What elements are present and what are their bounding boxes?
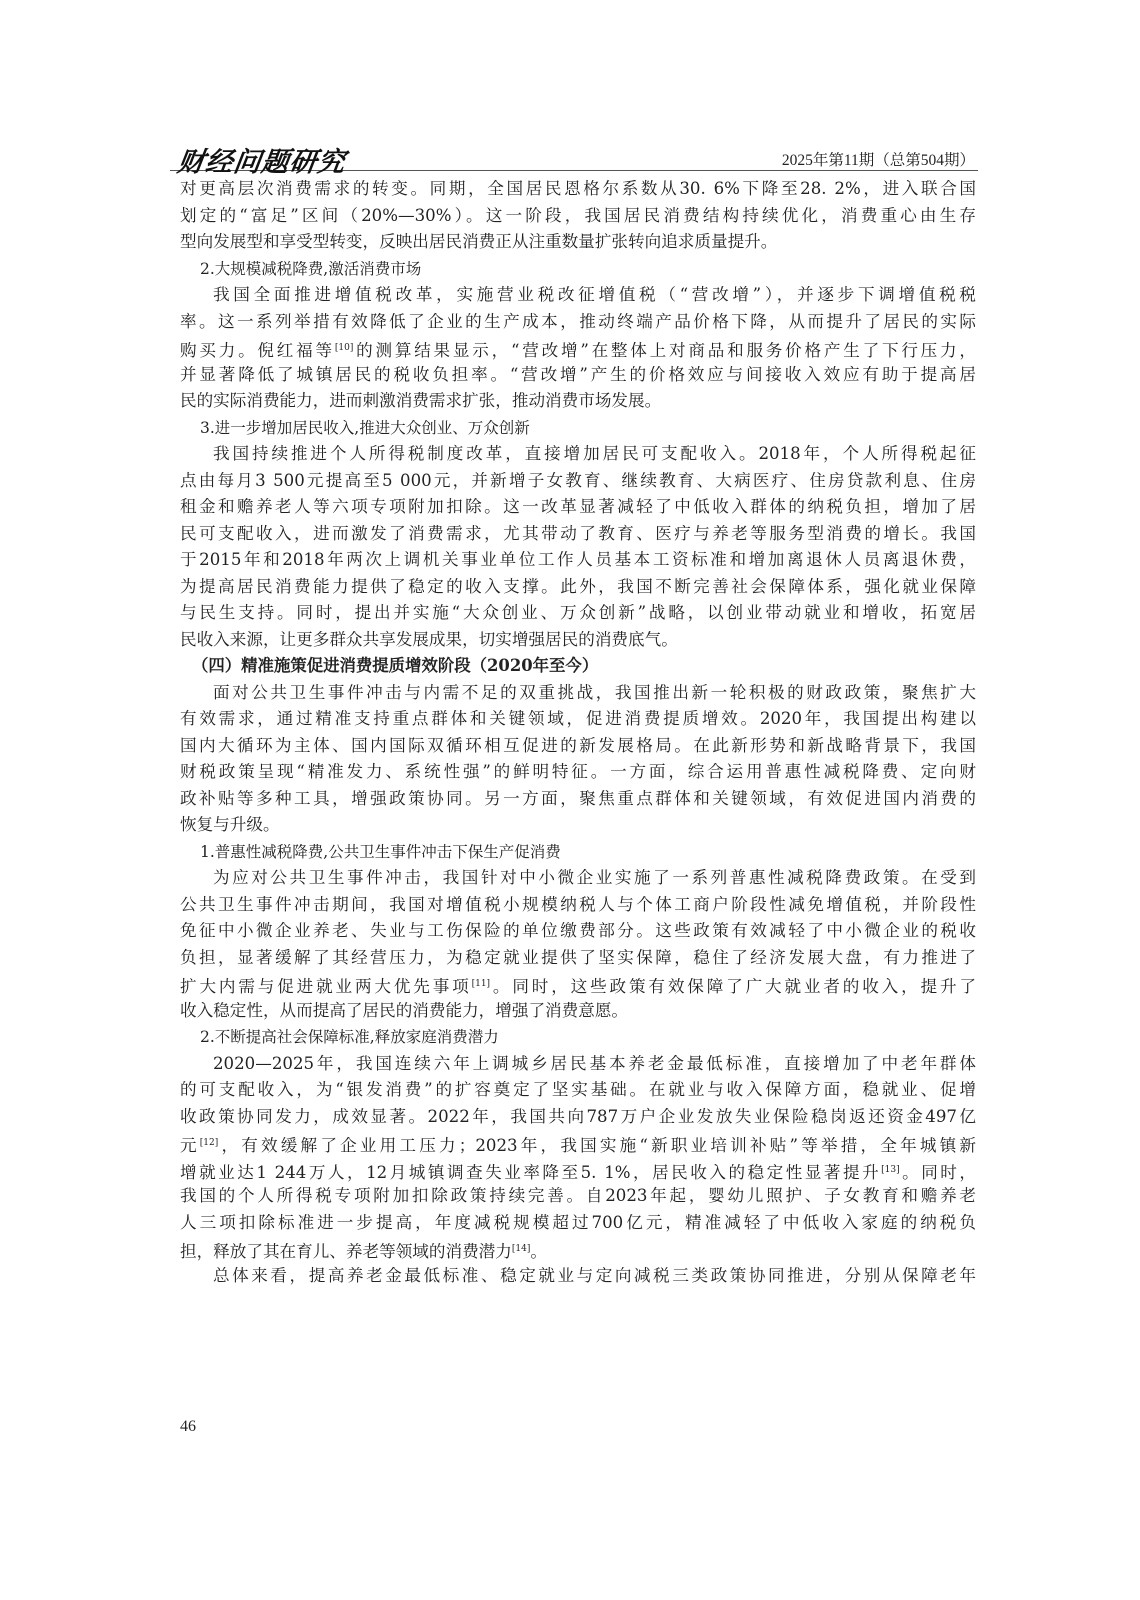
text-line: 公共卫生事件冲击期间，我国对增值税小规模纳税人与个体工商户阶段性减免增值税，并阶… bbox=[180, 892, 976, 919]
subsection-heading: 2.大规模减税降费,激活消费市场 bbox=[180, 256, 976, 283]
text-line: 增就业达1 244万人，12月城镇调查失业率降至5. 1%，居民收入的稳定性显著… bbox=[180, 1157, 976, 1184]
citation-ref[interactable]: [10] bbox=[335, 343, 353, 353]
text-line: 国内大循环为主体、国内国际双循环相互促进的新发展格局。在此新形势和新战略背景下，… bbox=[180, 733, 976, 760]
citation-ref[interactable]: [13] bbox=[881, 1165, 899, 1175]
text-line: 人三项扣除标准进一步提高，年度减税规模超过700亿元，精准减轻了中低收入家庭的纳… bbox=[180, 1210, 976, 1237]
text-line: 免征中小微企业养老、失业与工伤保险的单位缴费部分。这些政策有效减轻了中小微企业的… bbox=[180, 918, 976, 945]
text-line: 于2015年和2018年两次上调机关事业单位工作人员基本工资标准和增加离退休人员… bbox=[180, 547, 976, 574]
article-body: 对更高层次消费需求的转变。同期，全国居民恩格尔系数从30. 6%下降至28. 2… bbox=[180, 176, 976, 1289]
text-line: 划定的“富足”区间（20%—30%）。这一阶段，我国居民消费结构持续优化，消费重… bbox=[180, 203, 976, 230]
issue-info: 2025年第11期（总第504期） bbox=[782, 148, 975, 170]
citation-ref[interactable]: [12] bbox=[200, 1138, 218, 1148]
text-line: 租金和赡养老人等六项专项附加扣除。这一改革显著减轻了中低收入群体的纳税负担，增加… bbox=[180, 494, 976, 521]
page-number: 46 bbox=[180, 1418, 196, 1436]
text-line: 元[12]，有效缓解了企业用工压力；2023年，我国实施“新职业培训补贴”等举措… bbox=[180, 1130, 976, 1157]
subsection-heading: 1.普惠性减税降费,公共卫生事件冲击下保生产促消费 bbox=[180, 839, 976, 866]
citation-ref[interactable]: [11] bbox=[472, 979, 490, 989]
section-heading: （四）精准施策促进消费提质增效阶段（2020年至今） bbox=[180, 653, 976, 680]
text-line: 民可支配收入，进而激发了消费需求，尤其带动了教育、医疗与养老等服务型消费的增长。… bbox=[180, 521, 976, 548]
text-line: 并显著降低了城镇居民的税收负担率。“营改增”产生的价格效应与间接收入效应有助于提… bbox=[180, 362, 976, 389]
text-line: 率。这一系列举措有效降低了企业的生产成本，推动终端产品价格下降，从而提升了居民的… bbox=[180, 309, 976, 336]
text-line: 有效需求，通过精准支持重点群体和关键领域，促进消费提质增效。2020年，我国提出… bbox=[180, 706, 976, 733]
text-line: 购买力。倪红福等[10]的测算结果显示，“营改增”在整体上对商品和服务价格产生了… bbox=[180, 335, 976, 362]
text-line: 面对公共卫生事件冲击与内需不足的双重挑战，我国推出新一轮积极的财政政策，聚焦扩大 bbox=[180, 680, 976, 707]
text-line: 型向发展型和享受型转变，反映出居民消费正从注重数量扩张转向追求质量提升。 bbox=[180, 229, 976, 256]
text-line: 我国的个人所得税专项附加扣除政策持续完善。自2023年起，婴幼儿照护、子女教育和… bbox=[180, 1183, 976, 1210]
text-line: 恢复与升级。 bbox=[180, 812, 976, 839]
subsection-heading: 2.不断提高社会保障标准,释放家庭消费潜力 bbox=[180, 1024, 976, 1051]
text-line: 政补贴等多种工具，增强政策协同。另一方面，聚焦重点群体和关键领域，有效促进国内消… bbox=[180, 786, 976, 813]
journal-logo: 财经问题研究 bbox=[175, 140, 348, 179]
running-header: 财经问题研究 2025年第11期（总第504期） bbox=[170, 140, 978, 171]
text-line: 负担，显著缓解了其经营压力，为稳定就业提供了坚实保障，稳住了经济发展大盘，有力推… bbox=[180, 945, 976, 972]
text-line: 民的实际消费能力，进而刺激消费需求扩张，推动消费市场发展。 bbox=[180, 388, 976, 415]
text-line: 对更高层次消费需求的转变。同期，全国居民恩格尔系数从30. 6%下降至28. 2… bbox=[180, 176, 976, 203]
text-line: 为应对公共卫生事件冲击，我国针对中小微企业实施了一系列普惠性减税降费政策。在受到 bbox=[180, 865, 976, 892]
text-line: 我国持续推进个人所得税制度改革，直接增加居民可支配收入。2018年，个人所得税起… bbox=[180, 441, 976, 468]
citation-ref[interactable]: [14] bbox=[512, 1244, 530, 1254]
subsection-heading: 3.进一步增加居民收入,推进大众创业、万众创新 bbox=[180, 415, 976, 442]
text-line: 收政策协同发力，成效显著。2022年，我国共向787万户企业发放失业保险稳岗返还… bbox=[180, 1104, 976, 1131]
text-line: 担，释放了其在育儿、养老等领域的消费潜力[14]。 bbox=[180, 1236, 976, 1263]
text-line: 我国全面推进增值税改革，实施营业税改征增值税（“营改增”），并逐步下调增值税税 bbox=[180, 282, 976, 309]
text-line: 2020—2025年，我国连续六年上调城乡居民基本养老金最低标准，直接增加了中老… bbox=[180, 1051, 976, 1078]
text-line: 为提高居民消费能力提供了稳定的收入支撑。此外，我国不断完善社会保障体系，强化就业… bbox=[180, 574, 976, 601]
text-line: 总体来看，提高养老金最低标准、稳定就业与定向减税三类政策协同推进，分别从保障老年 bbox=[180, 1263, 976, 1290]
text-line: 与民生支持。同时，提出并实施“大众创业、万众创新”战略，以创业带动就业和增收，拓… bbox=[180, 600, 976, 627]
text-line: 的可支配收入，为“银发消费”的扩容奠定了坚实基础。在就业与收入保障方面，稳就业、… bbox=[180, 1077, 976, 1104]
text-line: 财税政策呈现“精准发力、系统性强”的鲜明特征。一方面，综合运用普惠性减税降费、定… bbox=[180, 759, 976, 786]
text-line: 点由每月3 500元提高至5 000元，并新增子女教育、继续教育、大病医疗、住房… bbox=[180, 468, 976, 495]
text-line: 民收入来源，让更多群众共享发展成果，切实增强居民的消费底气。 bbox=[180, 627, 976, 654]
text-line: 收入稳定性，从而提高了居民的消费能力，增强了消费意愿。 bbox=[180, 998, 976, 1025]
text-line: 扩大内需与促进就业两大优先事项[11]。同时，这些政策有效保障了广大就业者的收入… bbox=[180, 971, 976, 998]
